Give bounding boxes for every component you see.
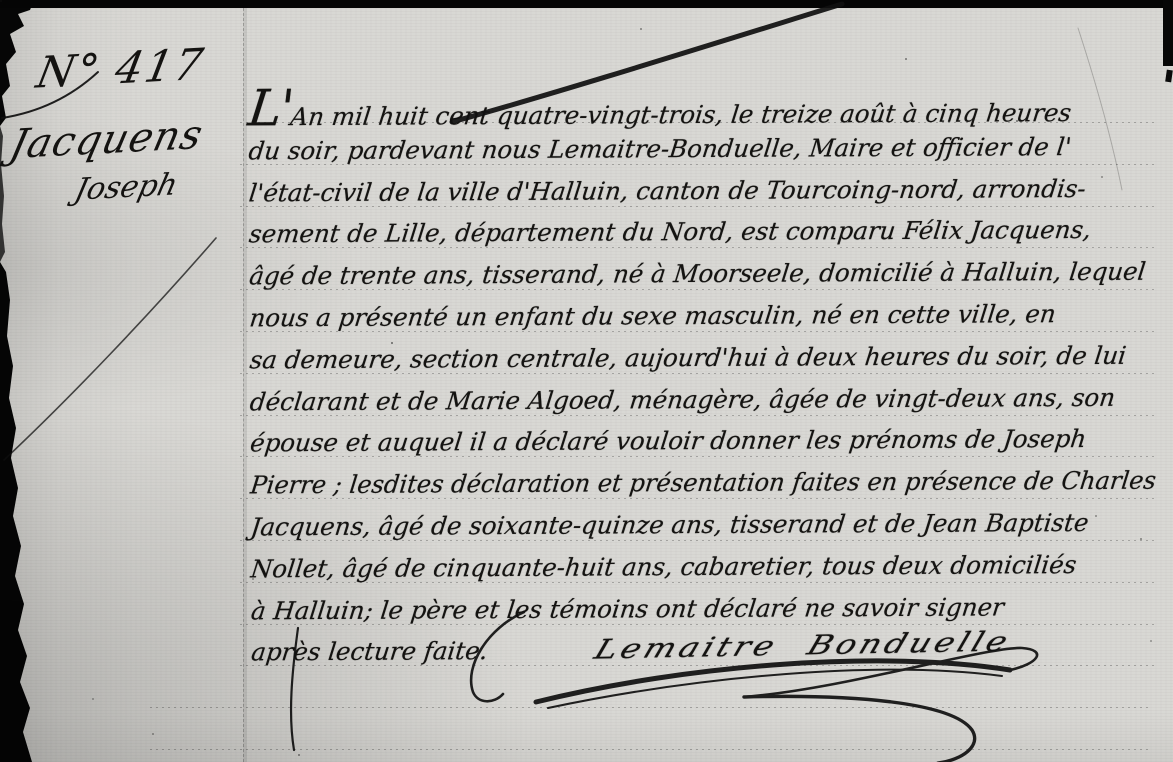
- act-line: épouse et auquel il a déclaré vouloir do…: [248, 418, 1158, 465]
- margin-surname: Jacquens: [6, 110, 240, 168]
- act-line: âgé de trente ans, tisserand, né à Moors…: [247, 251, 1157, 298]
- closing-text: après lecture faite.: [249, 630, 490, 673]
- ruled-line: [150, 707, 1150, 708]
- act-line: nous a présenté un enfant du sexe mascul…: [247, 293, 1157, 340]
- film-edge-top: [0, 0, 1173, 8]
- margin-descender-swash: [4, 238, 216, 460]
- act-line: déclarant et de Marie Algoed, ménagère, …: [248, 376, 1158, 423]
- act-line: L'An mil huit cent quatre-vingt-trois, l…: [246, 84, 1156, 131]
- signature-paraph-tail: [744, 696, 975, 762]
- act-line: Nollet, âgé de cinquante-huit ans, cabar…: [249, 543, 1159, 590]
- film-edge-thin-strip: [0, 126, 5, 262]
- act-text: L'An mil huit cent quatre-vingt-trois, l…: [248, 84, 1156, 674]
- act-line: sa demeure, section centrale, aujourd'hu…: [247, 334, 1157, 381]
- film-edge-blob-bottom: [0, 262, 32, 762]
- act-line: à Halluin; le père et les témoins ont dé…: [249, 585, 1159, 632]
- signature-paraph-double: [548, 670, 1002, 708]
- act-number: N° 417: [32, 38, 236, 99]
- act-line: l'état-civil de la ville d'Halluin, cant…: [247, 167, 1157, 214]
- act-line: sement de Lille, département du Nord, es…: [247, 209, 1157, 256]
- margin-given-name: Joseph: [71, 164, 241, 208]
- film-edge-right-nub: [1165, 70, 1173, 83]
- act-line: du soir, pardevant nous Lemaitre-Bonduel…: [246, 125, 1156, 172]
- officiant-signature: Lemaitre Bonduelle: [588, 622, 1017, 672]
- film-edge-right: [1163, 0, 1173, 66]
- margin-annotation: N° 417 Jacquens Joseph: [10, 38, 238, 210]
- ink-specks: [0, 0, 2, 2]
- scanned-register-page: N° 417 Jacquens Joseph L'An mil huit cen…: [0, 0, 1173, 762]
- act-closing-line: après lecture faite. Lemaitre Bonduelle: [249, 627, 1159, 674]
- act-line: Pierre ; lesdites déclaration et présent…: [248, 460, 1145, 506]
- act-line: Jacquens, âgé de soixante-quinze ans, ti…: [248, 502, 1158, 549]
- ruled-line: [150, 749, 1150, 750]
